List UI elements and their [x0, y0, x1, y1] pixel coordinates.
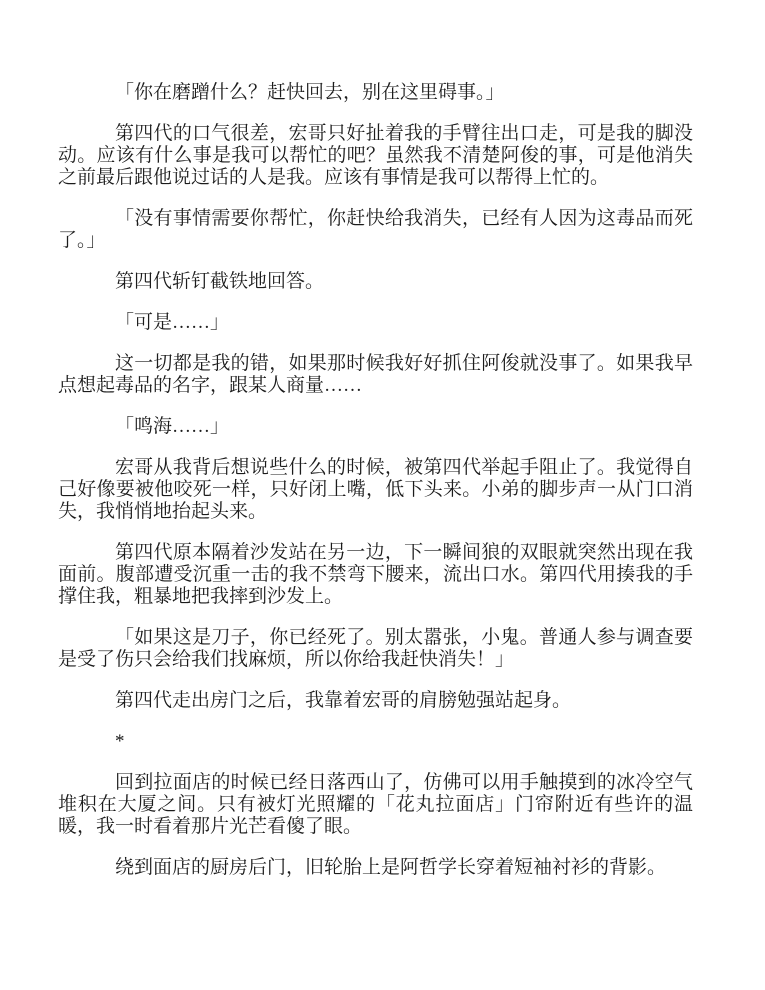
dialogue-paragraph: 「如果这是刀子，你已经死了。别太嚣张，小鬼。普通人参与调查要是受了伤只会给我们找…	[58, 627, 693, 671]
dialogue-paragraph: 「鸣海……」	[58, 416, 693, 438]
dialogue-paragraph: 「可是……」	[58, 312, 693, 334]
novel-page: 「你在磨蹭什么？赶快回去，别在这里碍事。」 第四代的口气很差，宏哥只好扯着我的手…	[58, 82, 693, 898]
narration-paragraph: 宏哥从我背后想说些什么的时候，被第四代举起手阻止了。我觉得自己好像要被他咬死一样…	[58, 457, 693, 523]
narration-paragraph: 这一切都是我的错，如果那时候我好好抓住阿俊就没事了。如果我早点想起毒品的名字，跟…	[58, 353, 693, 397]
narration-paragraph: 第四代斩钉截铁地回答。	[58, 271, 693, 293]
dialogue-paragraph: 「你在磨蹭什么？赶快回去，别在这里碍事。」	[58, 82, 693, 104]
narration-paragraph: 回到拉面店的时候已经日落西山了，仿佛可以用手触摸到的冰冷空气堆积在大厦之间。只有…	[58, 772, 693, 838]
scene-separator: *	[58, 731, 693, 753]
narration-paragraph: 绕到面店的厨房后门，旧轮胎上是阿哲学长穿着短袖衬衫的背影。	[58, 857, 693, 879]
narration-paragraph: 第四代走出房门之后，我靠着宏哥的肩膀勉强站起身。	[58, 690, 693, 712]
narration-paragraph: 第四代的口气很差，宏哥只好扯着我的手臂往出口走，可是我的脚没动。应该有什么事是我…	[58, 123, 693, 189]
dialogue-paragraph: 「没有事情需要你帮忙，你赶快给我消失，已经有人因为这毒品而死了。」	[58, 208, 693, 252]
narration-paragraph: 第四代原本隔着沙发站在另一边，下一瞬间狼的双眼就突然出现在我面前。腹部遭受沉重一…	[58, 542, 693, 608]
